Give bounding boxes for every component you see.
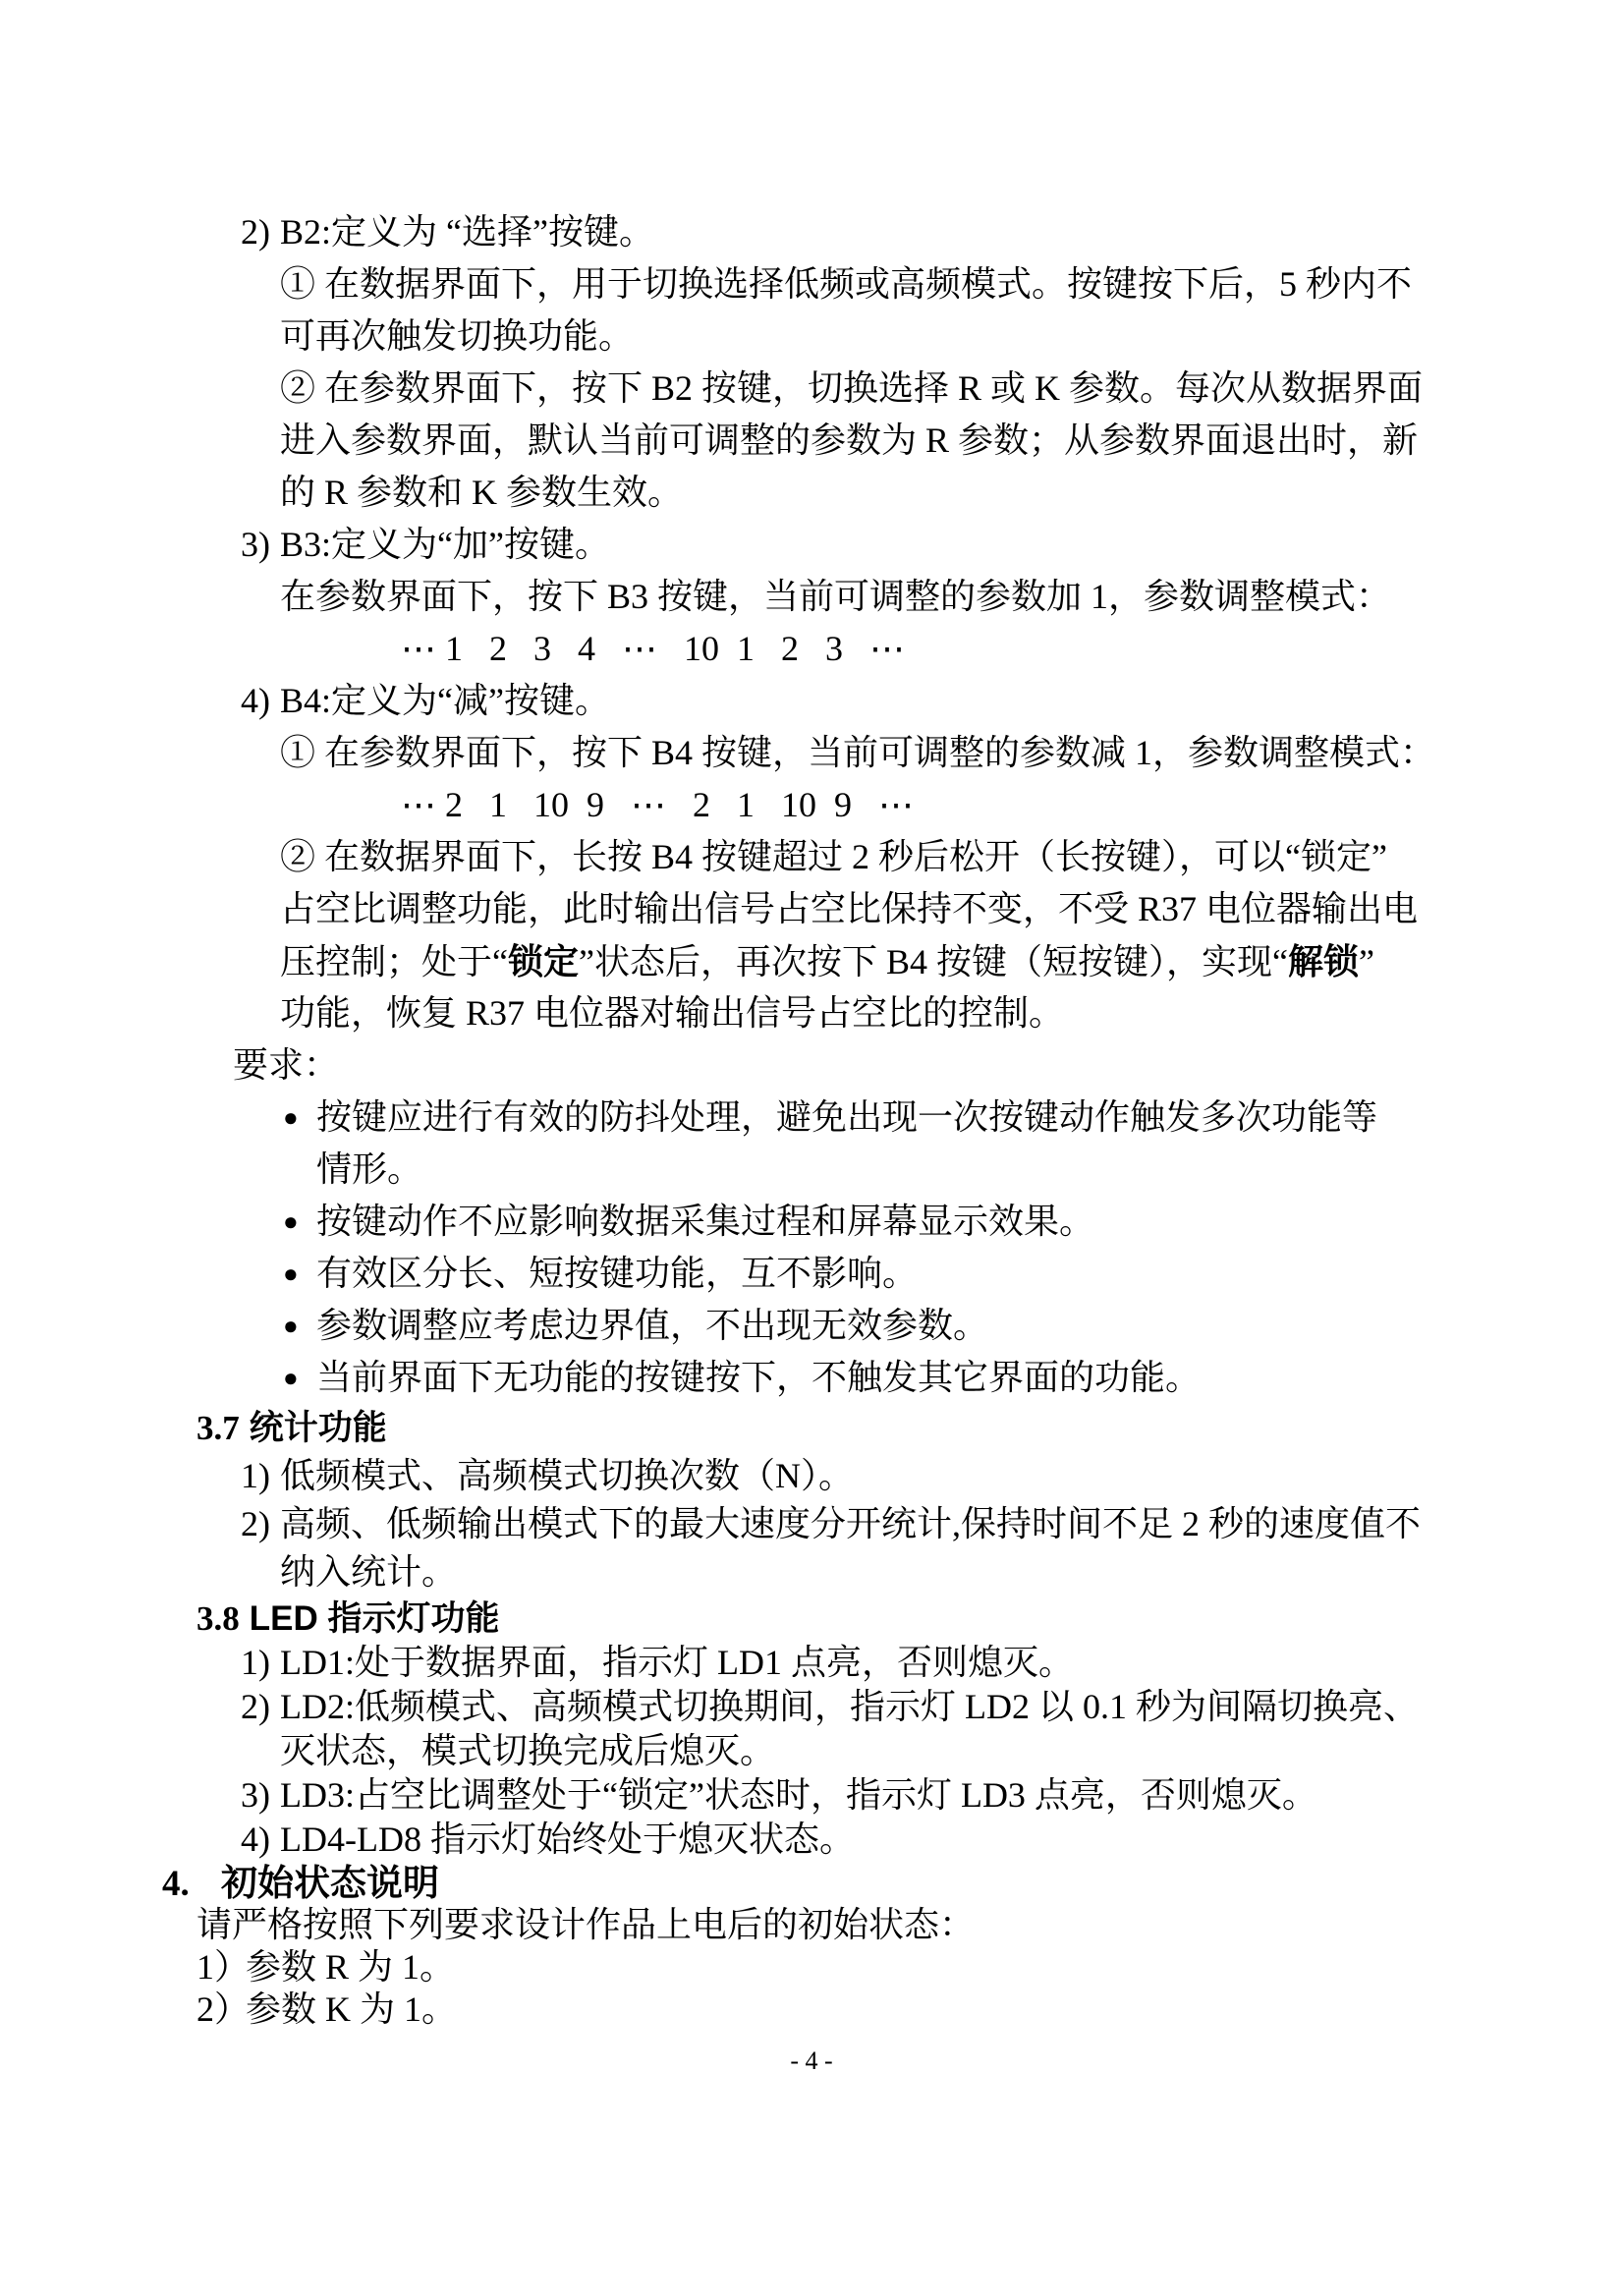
heading-number: 3.8 [196, 1599, 240, 1638]
bullet-icon: ● [283, 1300, 299, 1352]
paragraph-line: 功能，恢复 R37 电位器对输出信号占空比的控制。 [0, 987, 1623, 1039]
bullet-text: 按键动作不应影响数据采集过程和屏幕显示效果。 [316, 1202, 1094, 1241]
list-text: LD3:占空比调整处于“锁定”状态时，指示灯 LD3 点亮，否则熄灭。 [280, 1775, 1317, 1815]
bullet-item: ●有效区分长、短按键功能，互不影响。 [0, 1248, 1623, 1300]
bullet-icon: ● [283, 1248, 299, 1300]
parameter-sequence: ⋯ 1 2 3 4 ⋯ 10 1 2 3 ⋯ [0, 623, 1623, 675]
paragraph-line: 占空比调整功能，此时输出信号占空比保持不变，不受 R37 电位器输出电 [0, 883, 1623, 935]
bullet-icon: ● [283, 1196, 299, 1248]
list-number: 4) [241, 1818, 270, 1862]
paragraph-line: ② 在参数界面下，按下 B2 按键，切换选择 R 或 K 参数。每次从数据界面 [0, 363, 1623, 415]
list-text: LD2:低频模式、高频模式切换期间，指示灯 LD2 以 0.1 秒为间隔切换亮、 [280, 1687, 1419, 1726]
list-item: 2)高频、低频输出模式下的最大速度分开统计,保持时间不足 2 秒的速度值不 [0, 1500, 1623, 1548]
list-item-b3: 3)B3:定义为“加”按键。 [0, 519, 1623, 571]
paragraph-line: 可再次触发切换功能。 [0, 310, 1623, 363]
list-number: 3) [241, 519, 270, 571]
paragraph-line: ① 在参数界面下，按下 B4 按键，当前可调整的参数减 1，参数调整模式： [0, 727, 1623, 779]
bullet-item: ●按键应进行有效的防抖处理，避免出现一次按键动作触发多次功能等 [0, 1092, 1623, 1144]
bullet-item: ●当前界面下无功能的按键按下，不触发其它界面的功能。 [0, 1352, 1623, 1404]
paragraph-line: 的 R 参数和 K 参数生效。 [0, 467, 1623, 519]
document-page: 2)B2:定义为 “选择”按键。 ① 在数据界面下，用于切换选择低频或高频模式。… [0, 0, 1623, 2296]
list-number: 2) [241, 1685, 270, 1729]
paragraph-line: 请严格按照下列要求设计作品上电后的初始状态： [0, 1904, 1623, 1946]
paragraph-line: 进入参数界面，默认当前可调整的参数为 R 参数；从参数界面退出时，新 [0, 415, 1623, 467]
paragraph-line: 压控制；处于“锁定”状态后，再次按下 B4 按键（短按键），实现“解锁” [0, 935, 1623, 987]
list-item: 1)LD1:处于数据界面，指示灯 LD1 点亮，否则熄灭。 [0, 1641, 1623, 1685]
footer-page-number: - 4 - [0, 2042, 1623, 2081]
list-number: 1) [241, 1641, 270, 1685]
parameter-sequence: ⋯ 2 1 10 9 ⋯ 2 1 10 9 ⋯ [0, 779, 1623, 831]
list-text: 参数 K 为 1。 [246, 1989, 457, 2029]
bullet-item: ●按键动作不应影响数据采集过程和屏幕显示效果。 [0, 1196, 1623, 1248]
bullet-item: ●参数调整应考虑边界值，不出现无效参数。 [0, 1300, 1623, 1352]
heading-title: 初始状态说明 [221, 1863, 439, 1903]
list-item-b2: 2)B2:定义为 “选择”按键。 [0, 206, 1623, 258]
list-item: 1）参数 R 为 1。 [0, 1946, 1623, 1988]
list-item: 2）参数 K 为 1。 [0, 1988, 1623, 2031]
bullet-text: 有效区分长、短按键功能，互不影响。 [316, 1254, 918, 1293]
list-text: B2:定义为 “选择”按键。 [280, 212, 654, 252]
bullet-text: 按键应进行有效的防抖处理，避免出现一次按键动作触发多次功能等 [316, 1097, 1377, 1137]
list-text: B3:定义为“加”按键。 [280, 525, 610, 564]
list-item: 1)低频模式、高频模式切换次数（N）。 [0, 1452, 1623, 1500]
heading-title: LED 指示灯功能 [250, 1599, 500, 1638]
list-item: 2)LD2:低频模式、高频模式切换期间，指示灯 LD2 以 0.1 秒为间隔切换… [0, 1685, 1623, 1729]
section-button-definitions: 2)B2:定义为 “选择”按键。 ① 在数据界面下，用于切换选择低频或高频模式。… [0, 206, 1623, 1404]
list-item-continuation: 灭状态，模式切换完成后熄灭。 [0, 1729, 1623, 1773]
text-segment: ”状态后，再次按下 B4 按键（短按键），实现“ [579, 942, 1288, 981]
requirements-label: 要求： [0, 1039, 1623, 1092]
text-segment: 压控制；处于“ [280, 942, 508, 981]
bullet-text: 参数调整应考虑边界值，不出现无效参数。 [316, 1306, 988, 1345]
paragraph-line: ① 在数据界面下，用于切换选择低频或高频模式。按键按下后，5 秒内不 [0, 258, 1623, 310]
paragraph-line: ② 在数据界面下，长按 B4 按键超过 2 秒后松开（长按键），可以“锁定” [0, 831, 1623, 883]
section-heading-3-7: 3.7统计功能 [0, 1404, 1623, 1452]
list-text: 低频模式、高频模式切换次数（N）。 [280, 1456, 854, 1495]
list-number: 2) [241, 1500, 270, 1548]
section-heading-4: 4.初始状态说明 [0, 1862, 1623, 1904]
list-text: LD1:处于数据界面，指示灯 LD1 点亮，否则熄灭。 [280, 1643, 1074, 1682]
paragraph-line: 在参数界面下，按下 B3 按键，当前可调整的参数加 1，参数调整模式： [0, 571, 1623, 623]
text-segment-bold: 解锁 [1288, 941, 1359, 981]
list-item: 4)LD4-LD8 指示灯始终处于熄灭状态。 [0, 1818, 1623, 1862]
bullet-item-continuation: 情形。 [0, 1144, 1623, 1196]
bullet-text: 当前界面下无功能的按键按下，不触发其它界面的功能。 [316, 1358, 1201, 1397]
text-segment: ” [1359, 942, 1374, 981]
bullet-icon: ● [283, 1352, 299, 1404]
list-text: LD4-LD8 指示灯始终处于熄灭状态。 [280, 1820, 855, 1859]
list-number: 3) [241, 1773, 270, 1818]
list-number: 1） [196, 1946, 250, 1988]
section-heading-3-8: 3.8LED 指示灯功能 [0, 1596, 1623, 1641]
heading-title: 统计功能 [250, 1409, 387, 1447]
list-number: 2） [196, 1988, 250, 2031]
text-segment-bold: 锁定 [508, 941, 579, 981]
list-item: 3)LD3:占空比调整处于“锁定”状态时，指示灯 LD3 点亮，否则熄灭。 [0, 1773, 1623, 1818]
list-number: 1) [241, 1452, 270, 1500]
list-text: 参数 R 为 1。 [246, 1947, 455, 1987]
list-text: 高频、低频输出模式下的最大速度分开统计,保持时间不足 2 秒的速度值不 [280, 1504, 1421, 1543]
section-3-8-led: 3.8LED 指示灯功能 1)LD1:处于数据界面，指示灯 LD1 点亮，否则熄… [0, 1596, 1623, 1862]
section-3-7-statistics: 3.7统计功能 1)低频模式、高频模式切换次数（N）。 2)高频、低频输出模式下… [0, 1404, 1623, 1596]
list-item-b4: 4)B4:定义为“减”按键。 [0, 675, 1623, 727]
bullet-icon: ● [283, 1092, 299, 1144]
list-number: 2) [241, 206, 270, 258]
list-number: 4) [241, 675, 270, 727]
list-item-continuation: 纳入统计。 [0, 1548, 1623, 1596]
heading-number: 3.7 [196, 1409, 240, 1447]
heading-number: 4. [162, 1863, 221, 1905]
section-4-initial-state: 4.初始状态说明 请严格按照下列要求设计作品上电后的初始状态： 1）参数 R 为… [0, 1862, 1623, 2031]
list-text: B4:定义为“减”按键。 [280, 681, 610, 720]
